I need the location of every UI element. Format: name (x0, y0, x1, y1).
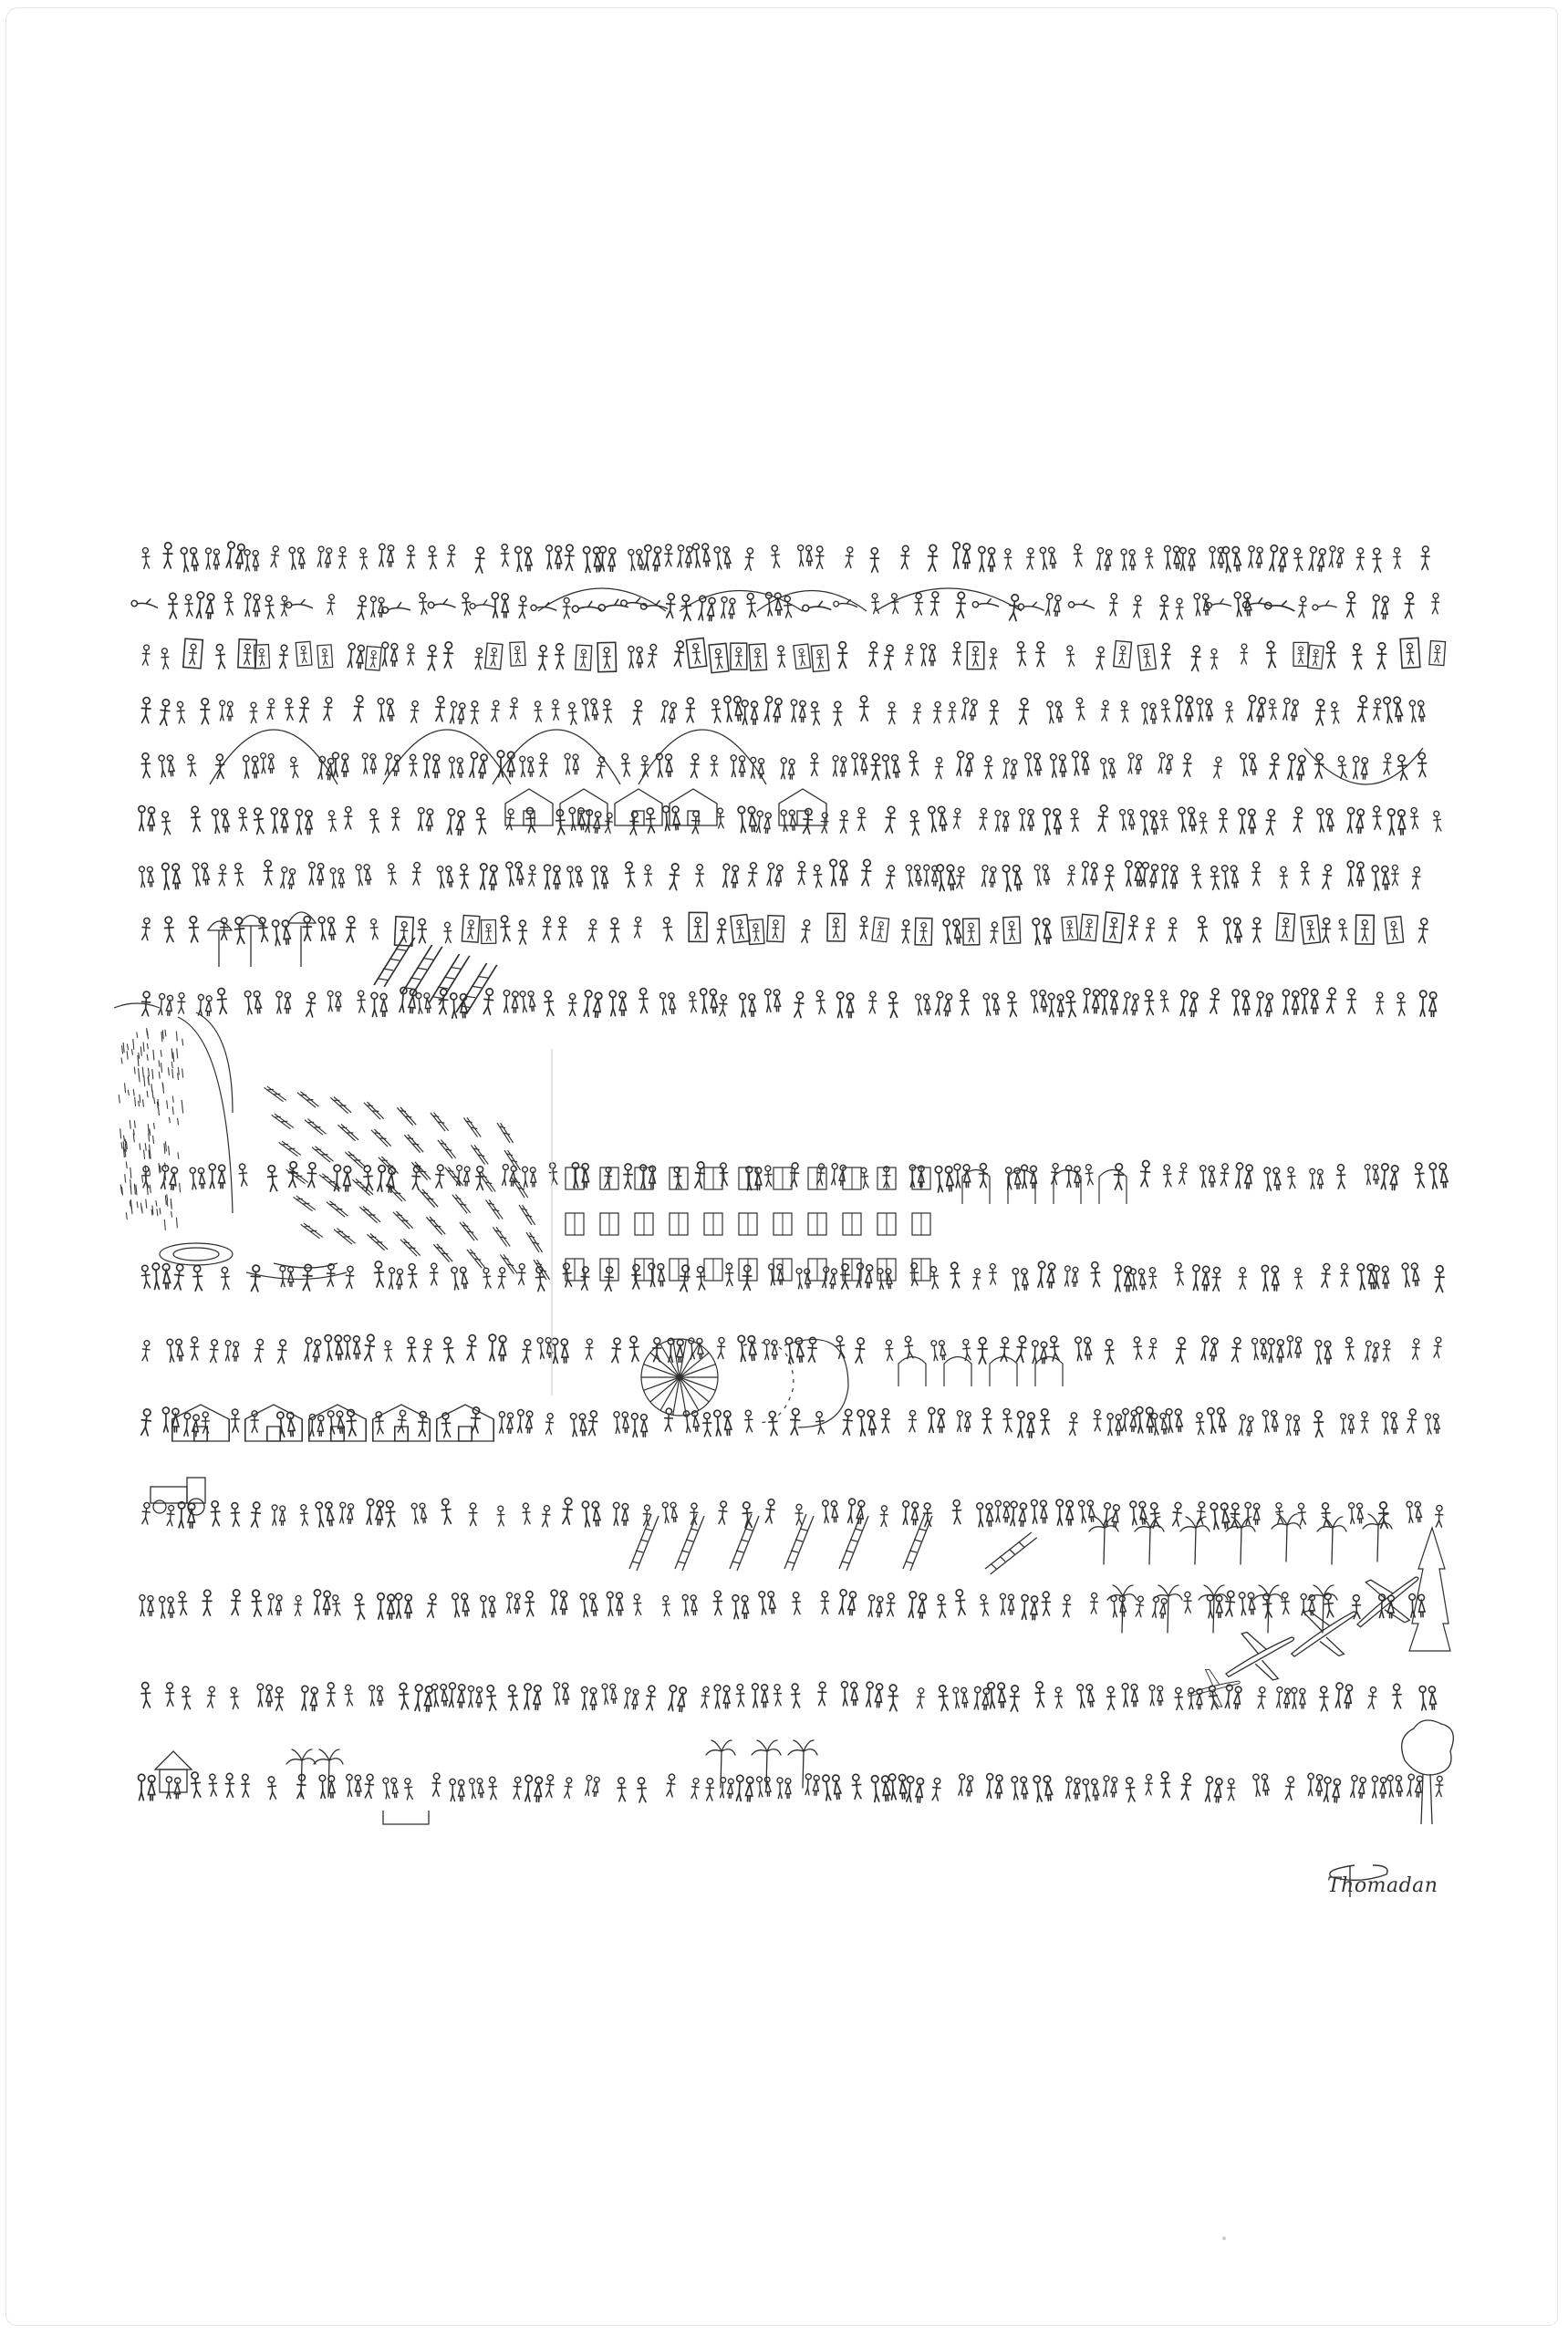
diagonal-ladders-top (374, 936, 497, 1014)
arch-doorways (898, 1170, 1127, 1387)
waterfall (114, 1003, 233, 1213)
houses-row (505, 789, 826, 825)
tractor (151, 1478, 205, 1515)
waterfall-streaks (119, 1028, 182, 1230)
divers-grid (265, 1082, 550, 1280)
leafy-tree (1402, 1720, 1454, 1824)
pond-ripples (160, 1243, 347, 1280)
arches-row-2 (538, 588, 1022, 611)
pencil-drawing (0, 0, 1568, 2335)
pencil-smudge (1222, 2236, 1226, 2240)
wheel-and-arcs (641, 1339, 848, 1427)
windows-grid (566, 1167, 930, 1281)
palm-trees (286, 1514, 1392, 1797)
pine-tower (1409, 1528, 1450, 1651)
artist-signature: Thomadan (1327, 1874, 1438, 1897)
